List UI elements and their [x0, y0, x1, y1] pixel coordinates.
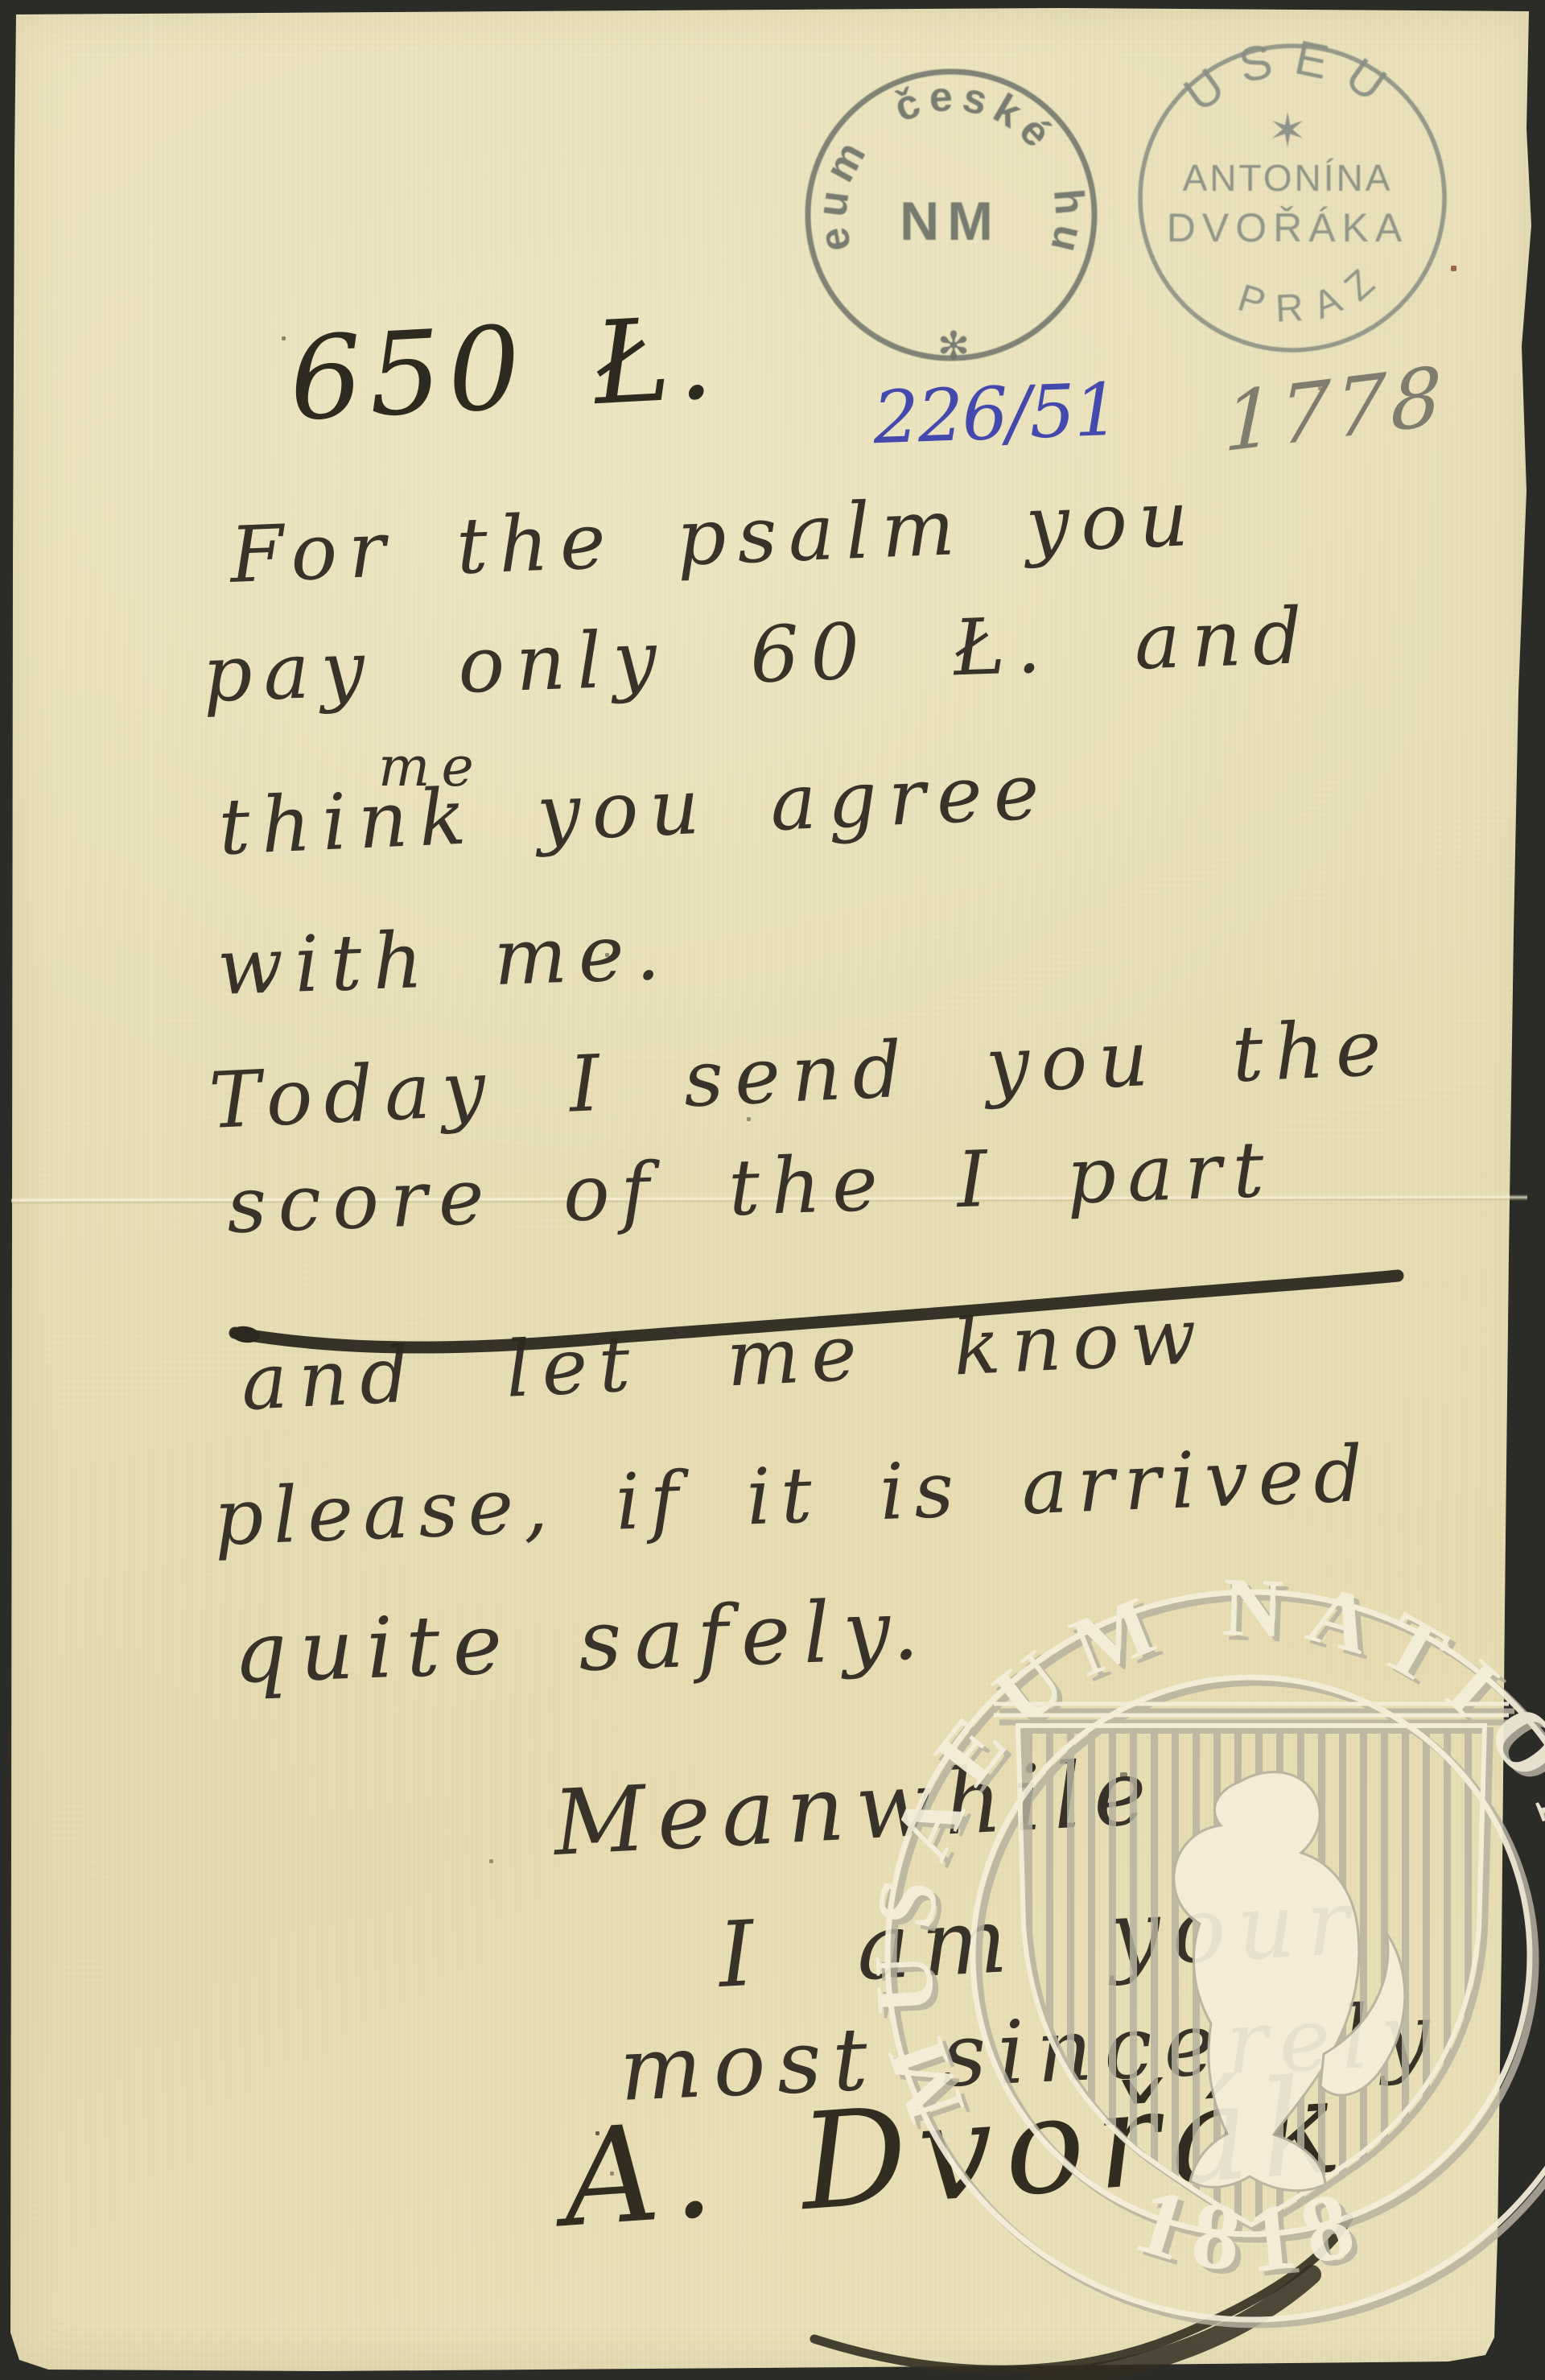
- stamp-line1-text: ANTONÍNA: [1183, 157, 1393, 199]
- museum-ceske-hudby-stamp: Muzeum české hudby NM ✻: [801, 64, 1102, 365]
- body-line: with me.: [216, 911, 672, 1008]
- stamp-line2-text: DVOŘÁKA: [1167, 205, 1409, 250]
- ink-specks: [0, 0, 1, 1]
- stamp-star-icon: ✶: [1268, 105, 1308, 157]
- body-line: quite safely.: [232, 1586, 933, 1697]
- amount-heading: 650 Ł.: [286, 298, 722, 440]
- stamp-center-text: NM: [900, 191, 1001, 252]
- scanned-letter-page: Muzeum české hudby NM ✻ MUSEUM ✶ ANTONÍN…: [0, 0, 1545, 2380]
- stamp-ornament-icon: ✻: [937, 325, 970, 365]
- museum-antonina-dvoraka-stamp: MUSEUM ✶ ANTONÍNA DVOŘÁKA V PRAZE: [1133, 39, 1452, 357]
- inventory-number-blue: 226/51: [871, 368, 1119, 461]
- vertical-fold-crease: [150, 14, 154, 1198]
